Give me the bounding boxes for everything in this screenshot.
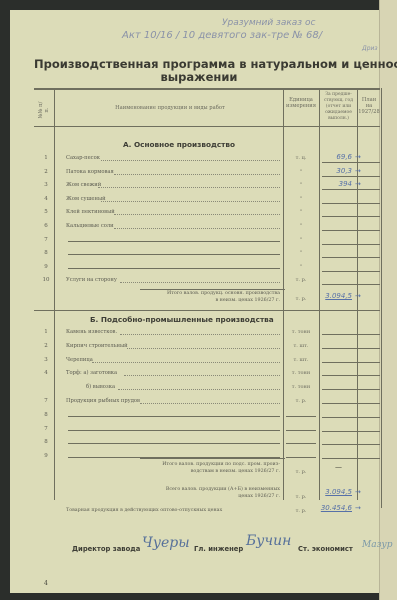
row-name: Кирпич строительный (66, 343, 128, 349)
row-underline (322, 230, 380, 231)
row-number: 6 (38, 223, 54, 229)
row-number: 3 (38, 182, 54, 188)
row-number: 8 (38, 412, 54, 418)
row-number: 1 (38, 329, 54, 335)
blank-entry-line (68, 457, 280, 458)
handwritten-note-reference: Акт 10/16 / 10 девятого зак-тре № 68/ (122, 30, 322, 41)
leader-dots (114, 174, 280, 175)
row-unit: " (284, 182, 318, 188)
row-unit: " (284, 264, 318, 270)
row-name: Сахар-песок (66, 155, 100, 161)
total-a-value: 3.094,5 (322, 292, 352, 300)
title-line-1: Производственная программа в натуральном… (34, 57, 397, 71)
row-name: Жом сушеный (66, 196, 106, 202)
row-underline (322, 334, 380, 335)
chief-engineer-signature: Бучин (246, 533, 291, 549)
row-name: б) вывозка (86, 384, 115, 390)
grand-total-unit: т. р. (284, 494, 318, 500)
row-unit: т. р. (284, 277, 318, 283)
leader-dots (101, 201, 280, 202)
row-number: 5 (38, 209, 54, 215)
col-divider-unit (319, 88, 320, 500)
header-num: №№ п/п. (38, 101, 50, 119)
table-top-border (34, 88, 380, 90)
row-number: 8 (38, 439, 54, 445)
row-underline (322, 284, 380, 285)
row-number: 7 (38, 426, 54, 432)
grand-total-arrow: → (355, 488, 361, 496)
row-unit: т. шт. (284, 357, 318, 363)
row-underline (322, 362, 380, 363)
row-number: 9 (38, 264, 54, 270)
economist-signature: Мазур (362, 540, 392, 550)
row-unit: т. тонн (284, 384, 318, 390)
row-unit: т. р. (284, 398, 318, 404)
commodity-value: 30.454,6 (318, 504, 352, 512)
total-a-line (140, 289, 285, 290)
row-number: 7 (38, 237, 54, 243)
row-underline (322, 458, 380, 459)
director-label: Директор завода (72, 545, 140, 553)
commodity-label: Товарная продукция в действующих оптово-… (66, 508, 280, 515)
row-unit: " (284, 250, 318, 256)
row-underline (322, 417, 380, 418)
row-number: 4 (38, 370, 54, 376)
row-unit: " (284, 237, 318, 243)
leader-dots (120, 334, 280, 335)
commodity-unit: т. р. (284, 508, 318, 514)
blank-entry-line (68, 268, 280, 269)
row-underline (322, 375, 380, 376)
row-number: 2 (38, 169, 54, 175)
total-a-label: Итого валов. продукц. основн. производст… (120, 291, 280, 304)
row-number: 1 (38, 155, 54, 161)
leader-dots (114, 214, 280, 215)
row-number: 2 (38, 343, 54, 349)
blank-entry-line (68, 241, 280, 242)
leader-dots (101, 160, 280, 161)
row-underline (322, 431, 380, 432)
row-underline (322, 189, 380, 190)
row-name: Клей пектиновый (66, 209, 115, 215)
grand-total-label-line-2: ценах 1926/27 г. (120, 494, 280, 501)
total-b-label-line-2: водствам в неизм. ценах 1926/27 г. (120, 469, 280, 476)
row-unit: " (284, 223, 318, 229)
header-unit: Единица измерения (285, 97, 317, 109)
row-underline (322, 216, 380, 217)
row-unit: " (284, 209, 318, 215)
chief-engineer-label: Гл. инженер (194, 545, 243, 553)
blank-unit-line (286, 416, 316, 417)
economist-label: Ст. экономист (298, 545, 353, 553)
row-name: Торф: а) заготовка (66, 370, 117, 376)
row-unit: т. ц. (284, 155, 318, 161)
row-underline (322, 389, 380, 390)
col-divider-plan (381, 88, 382, 508)
leader-dots (140, 403, 280, 404)
total-b-unit: т. р. (284, 469, 318, 475)
grand-total-label: Всего валов. продукции (А+Б) в неизменны… (120, 487, 280, 500)
row-unit: т. тонн (284, 370, 318, 376)
section-a-title: А. Основное производство (123, 140, 235, 149)
row-arrow: → (355, 180, 361, 188)
leader-dots (114, 228, 280, 229)
row-name: Услуги на сторону (66, 277, 117, 283)
row-unit: т. шт. (284, 343, 318, 349)
leader-dots (120, 282, 280, 283)
row-underline (322, 348, 380, 349)
row-name: Продукция рыбных прудов (66, 398, 140, 404)
row-underline (322, 176, 380, 177)
section-a-bottom-border (34, 310, 380, 311)
row-number: 3 (38, 357, 54, 363)
total-a-unit: т. р. (284, 296, 318, 302)
row-number: 8 (38, 250, 54, 256)
row-underline (322, 271, 380, 272)
total-b-value: — (322, 463, 342, 471)
leader-dots (92, 362, 280, 363)
total-b-label: Итого валов. продукции по подс. пром. пр… (120, 462, 280, 475)
page-title: Производственная программа в натуральном… (34, 58, 394, 84)
row-underline (322, 162, 380, 163)
leader-dots (127, 348, 280, 349)
blank-unit-line (286, 430, 316, 431)
row-arrow: → (355, 167, 361, 175)
header-bottom-border (34, 126, 380, 127)
row-underline (322, 257, 380, 258)
col-divider-name (283, 88, 284, 500)
grand-total-value: 3.094,5 (322, 488, 352, 496)
blank-entry-line (68, 443, 280, 444)
row-prelim-value: 394 (322, 180, 352, 188)
total-a-label-line-2: в неизм. ценах 1926/27 г. (120, 298, 280, 305)
row-name: Черепица (66, 357, 93, 363)
handwritten-margin-note: Дриз (362, 45, 378, 52)
row-number: 7 (38, 398, 54, 404)
page-number: 4 (44, 580, 48, 587)
section-b-title: Б. Подсобно-промышленные производства (90, 315, 274, 324)
row-number: 4 (38, 196, 54, 202)
row-unit: " (284, 196, 318, 202)
row-arrow: → (355, 153, 361, 161)
col-divider-num (54, 88, 55, 500)
row-prelim-value: 30,3 (322, 167, 352, 175)
row-underline (322, 403, 380, 404)
blank-unit-line (286, 457, 316, 458)
row-unit: т. тонн (284, 329, 318, 335)
title-line-2: выражении (34, 71, 364, 84)
row-name: Кальциевые соли (66, 223, 114, 229)
commodity-arrow: → (355, 504, 361, 512)
handwritten-note-top: Уразумний заказ ос (222, 18, 315, 28)
director-signature: Чуеры (142, 535, 190, 551)
total-a-arrow: → (355, 292, 361, 300)
header-prelim: За предше-ствующ. год (отчет или ожидаем… (321, 92, 356, 122)
blank-entry-line (68, 430, 280, 431)
header-plan: План на 1927/28 (358, 97, 380, 115)
row-prelim-value: 69,6 (322, 153, 352, 161)
row-number: 10 (38, 277, 54, 283)
row-name: Патока кормовая (66, 169, 114, 175)
blank-entry-line (68, 416, 280, 417)
header-name: Наименование продукции и виды работ (60, 105, 280, 111)
leader-dots (124, 375, 280, 376)
row-name: Жом свежий (66, 182, 101, 188)
leader-dots (118, 389, 280, 390)
row-number: 9 (38, 453, 54, 459)
blank-unit-line (286, 443, 316, 444)
row-underline (322, 203, 380, 204)
row-unit: " (284, 169, 318, 175)
row-name: Камень известков. (66, 329, 117, 335)
leader-dots (98, 187, 280, 188)
row-underline (322, 244, 380, 245)
blank-entry-line (68, 254, 280, 255)
row-underline (322, 444, 380, 445)
